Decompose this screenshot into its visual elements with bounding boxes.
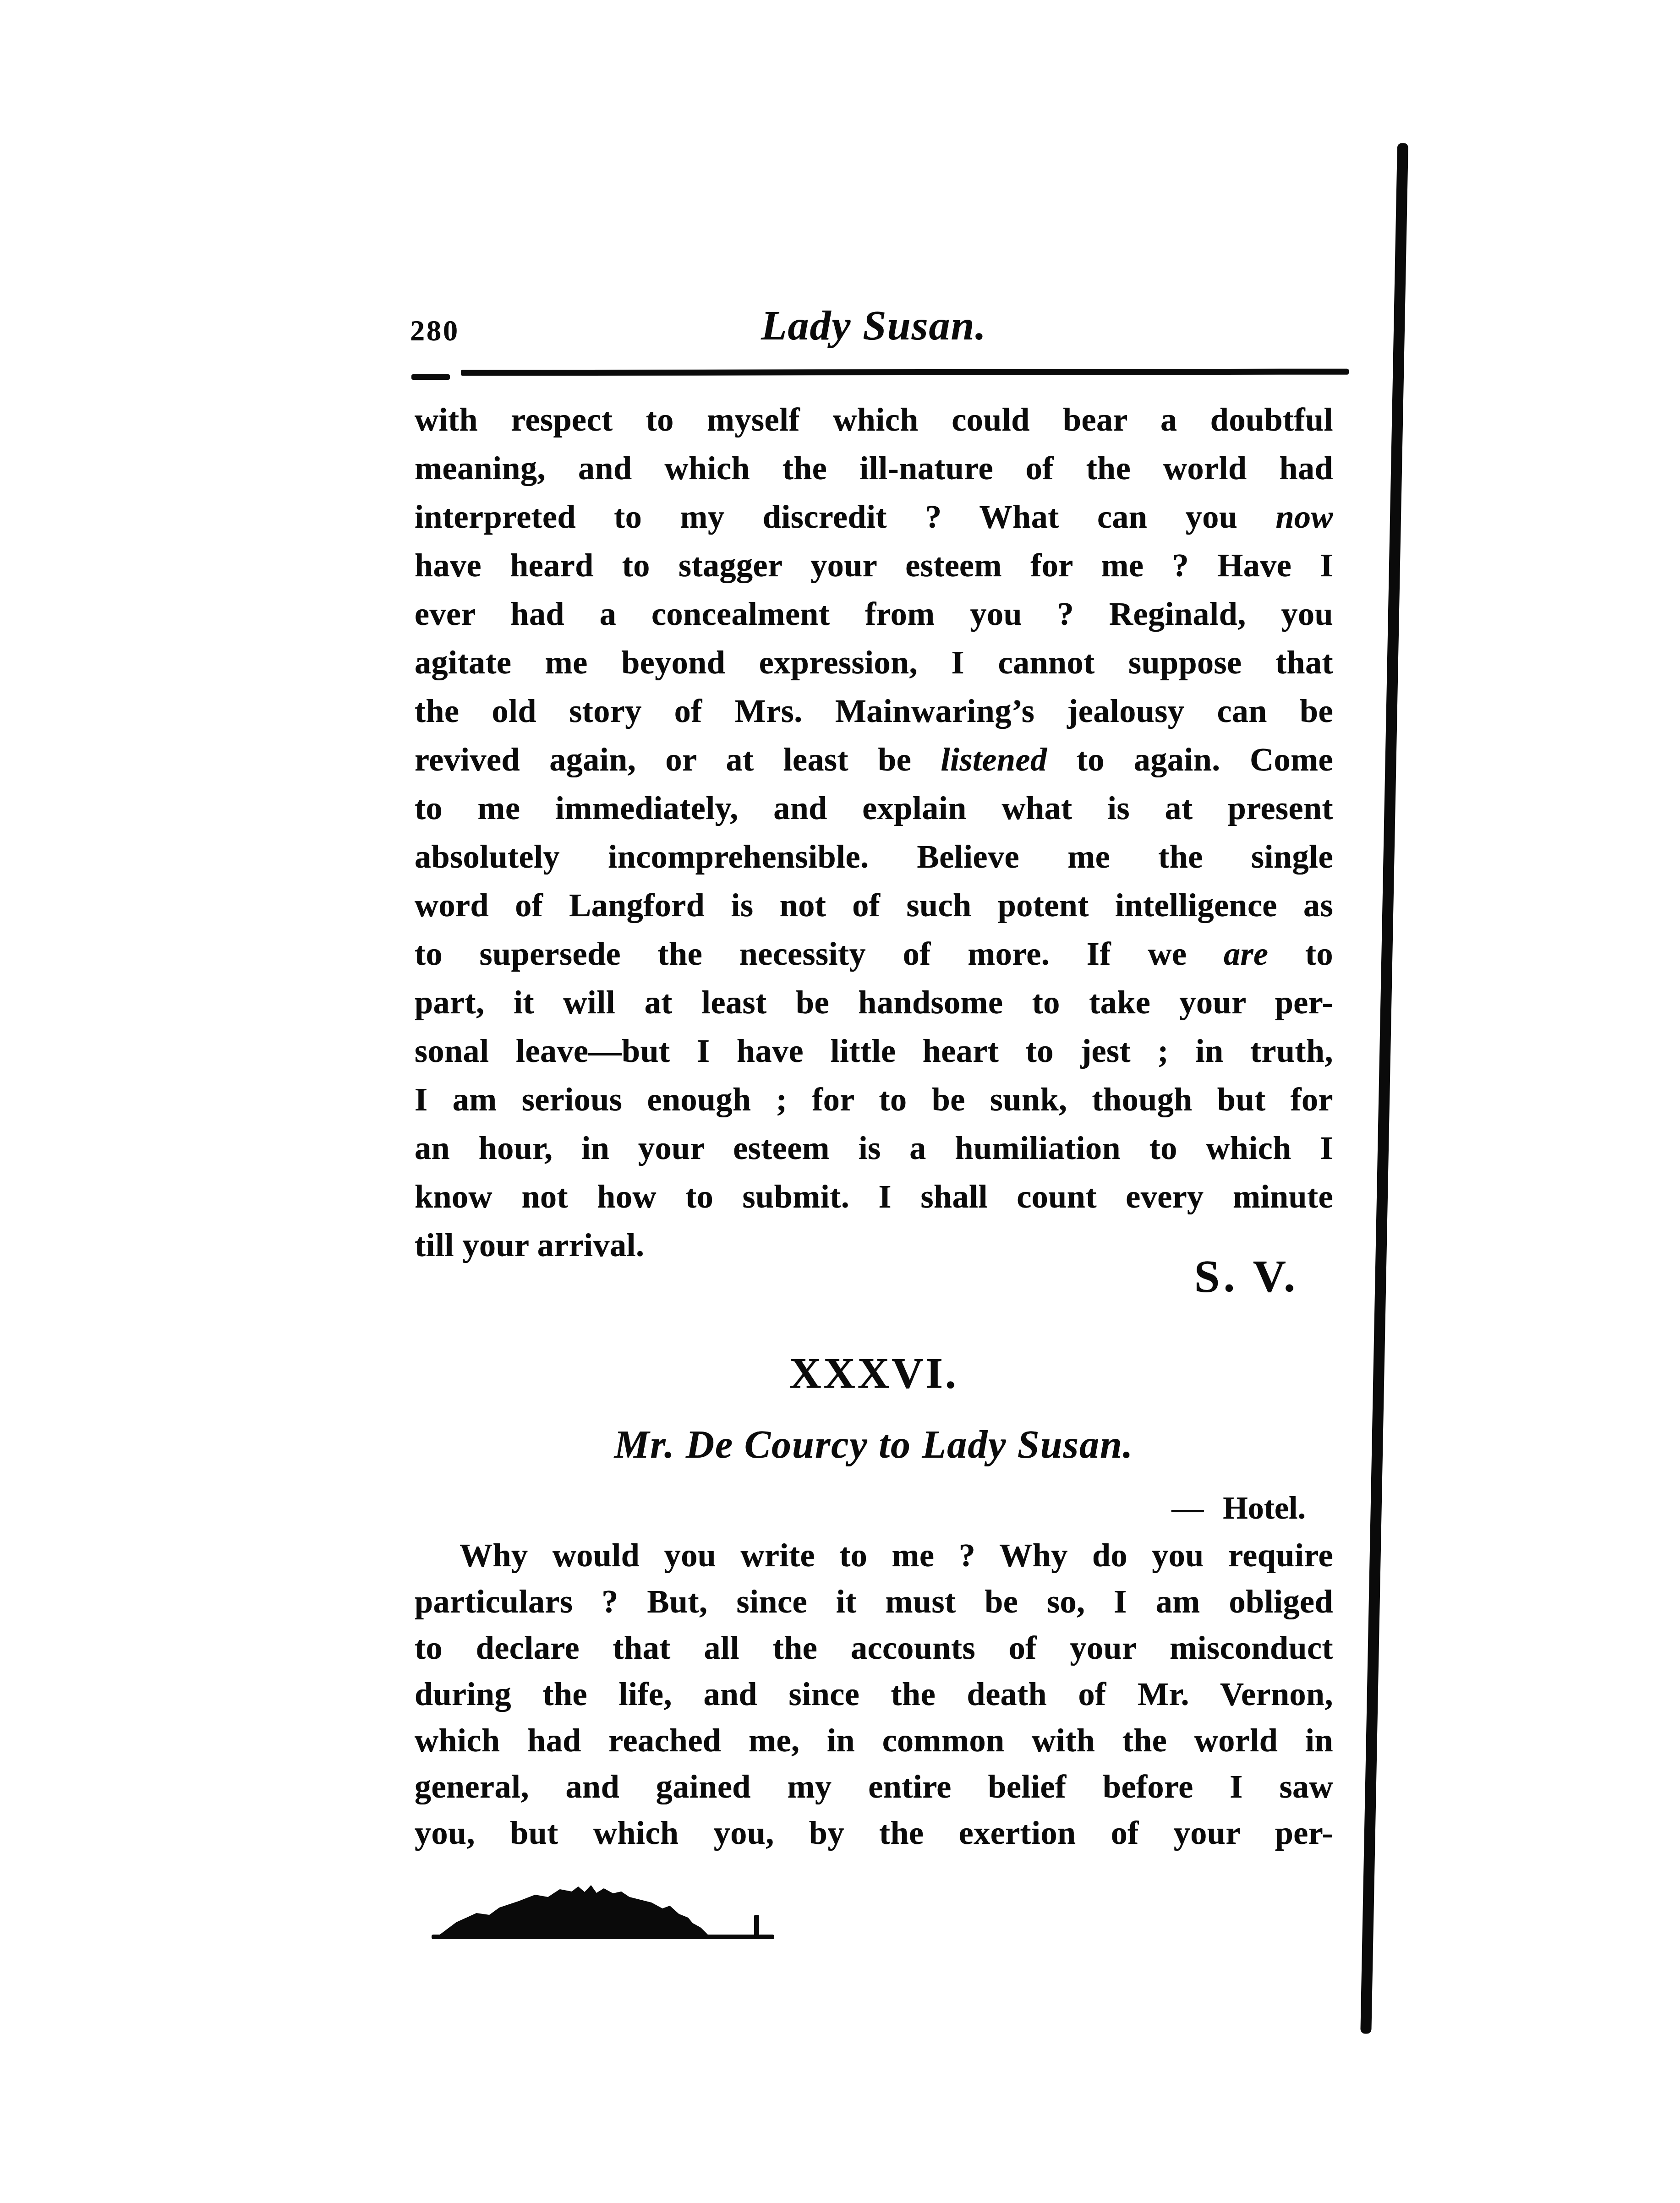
text-run: particulars ? But, since it must be so, … xyxy=(415,1583,1333,1620)
text-line: with respect to myself which could bear … xyxy=(415,395,1333,444)
text-line: meaning, and which the ill-nature of the… xyxy=(415,444,1333,492)
text-line: an hour, in your esteem is a humiliation… xyxy=(415,1124,1333,1172)
scan-gutter-line-artifact xyxy=(1360,143,1408,2034)
text-line: to me immediately, and explain what is a… xyxy=(415,784,1333,832)
text-run: an hour, in your esteem is a humiliation… xyxy=(415,1130,1333,1166)
text-run: have heard to stagger your esteem for me… xyxy=(415,547,1333,584)
text-line: sonal leave—but I have little heart to j… xyxy=(415,1027,1333,1075)
text-run: sonal leave—but I have little heart to j… xyxy=(415,1033,1333,1069)
text-line: have heard to stagger your esteem for me… xyxy=(415,541,1333,590)
italic-emphasis: are xyxy=(1224,935,1268,972)
text-line: during the life, and since the death of … xyxy=(415,1671,1333,1717)
text-line: you, but which you, by the exertion of y… xyxy=(415,1810,1333,1856)
text-run: ever had a concealment from you ? Regina… xyxy=(415,596,1333,632)
text-run: part, it will at least be handsome to ta… xyxy=(415,984,1333,1021)
text-run: with respect to myself which could bear … xyxy=(415,401,1333,438)
text-line: the old story of Mrs. Mainwaring’s jealo… xyxy=(415,687,1333,735)
text-run: you, but which you, by the exertion of y… xyxy=(415,1815,1333,1851)
text-line: general, and gained my entire belief bef… xyxy=(415,1764,1333,1810)
text-line: agitate me beyond expression, I cannot s… xyxy=(415,638,1333,687)
text-run: word of Langford is not of such potent i… xyxy=(415,887,1333,924)
text-run: meaning, and which the ill-nature of the… xyxy=(415,450,1333,487)
header-rule-dash-segment xyxy=(411,374,450,380)
text-run: which had reached me, in common with the… xyxy=(415,1722,1333,1759)
text-run: the old story of Mrs. Mainwaring’s jealo… xyxy=(415,693,1333,729)
letter-xxxv-body: with respect to myself which could bear … xyxy=(415,395,1333,1269)
header-rule xyxy=(461,369,1349,376)
text-line: word of Langford is not of such potent i… xyxy=(415,881,1333,929)
text-line: which had reached me, in common with the… xyxy=(415,1717,1333,1764)
text-run: to supersede the necessity of more. If w… xyxy=(415,935,1224,972)
letter-subtitle: Mr. De Courcy to Lady Susan. xyxy=(415,1425,1333,1464)
text-run: to again. Come xyxy=(1047,741,1333,778)
text-line: part, it will at least be handsome to ta… xyxy=(415,978,1333,1027)
text-run: to xyxy=(1268,935,1333,972)
text-run: I am serious enough ; for to be sunk, th… xyxy=(415,1081,1333,1118)
text-line: I am serious enough ; for to be sunk, th… xyxy=(415,1075,1333,1124)
letter-dateline: —Hotel. xyxy=(415,1492,1306,1525)
italic-emphasis: listened xyxy=(941,741,1047,778)
chapter-heading: XXXVI. xyxy=(415,1351,1333,1395)
text-run: during the life, and since the death of … xyxy=(415,1676,1333,1712)
running-title: Lady Susan. xyxy=(415,304,1333,346)
text-line: Why would you write to me ? Why do you r… xyxy=(415,1532,1333,1579)
text-run: general, and gained my entire belief bef… xyxy=(415,1768,1333,1805)
text-line: ever had a concealment from you ? Regina… xyxy=(415,590,1333,638)
dateline-place: Hotel. xyxy=(1223,1491,1306,1526)
text-run: revived again, or at least be xyxy=(415,741,941,778)
text-line: know not how to submit. I shall count ev… xyxy=(415,1172,1333,1221)
letter-signature: S. V. xyxy=(415,1253,1299,1299)
text-line: absolutely incomprehensible. Believe me … xyxy=(415,832,1333,881)
text-run: to declare that all the accounts of your… xyxy=(415,1629,1333,1666)
text-run: Why would you write to me ? Why do you r… xyxy=(460,1537,1333,1574)
text-line: to supersede the necessity of more. If w… xyxy=(415,929,1333,978)
text-run: absolutely incomprehensible. Believe me … xyxy=(415,838,1333,875)
text-line: revived again, or at least be listened t… xyxy=(415,735,1333,784)
letter-xxxvi-body: Why would you write to me ? Why do you r… xyxy=(415,1532,1333,1856)
text-line: interpreted to my discredit ? What can y… xyxy=(415,492,1333,541)
italic-emphasis: now xyxy=(1275,498,1333,535)
redaction-dash: — xyxy=(1171,1491,1204,1526)
book-page-scan: 280 Lady Susan. with respect to myself w… xyxy=(0,0,1680,2203)
text-run: know not how to submit. I shall count ev… xyxy=(415,1178,1333,1215)
text-line: particulars ? But, since it must be so, … xyxy=(415,1579,1333,1625)
text-run: agitate me beyond expression, I cannot s… xyxy=(415,644,1333,681)
text-line: to declare that all the accounts of your… xyxy=(415,1625,1333,1671)
text-run: to me immediately, and explain what is a… xyxy=(415,790,1333,826)
text-run: interpreted to my discredit ? What can y… xyxy=(415,498,1275,535)
ink-blot-artifact xyxy=(431,1881,783,1943)
